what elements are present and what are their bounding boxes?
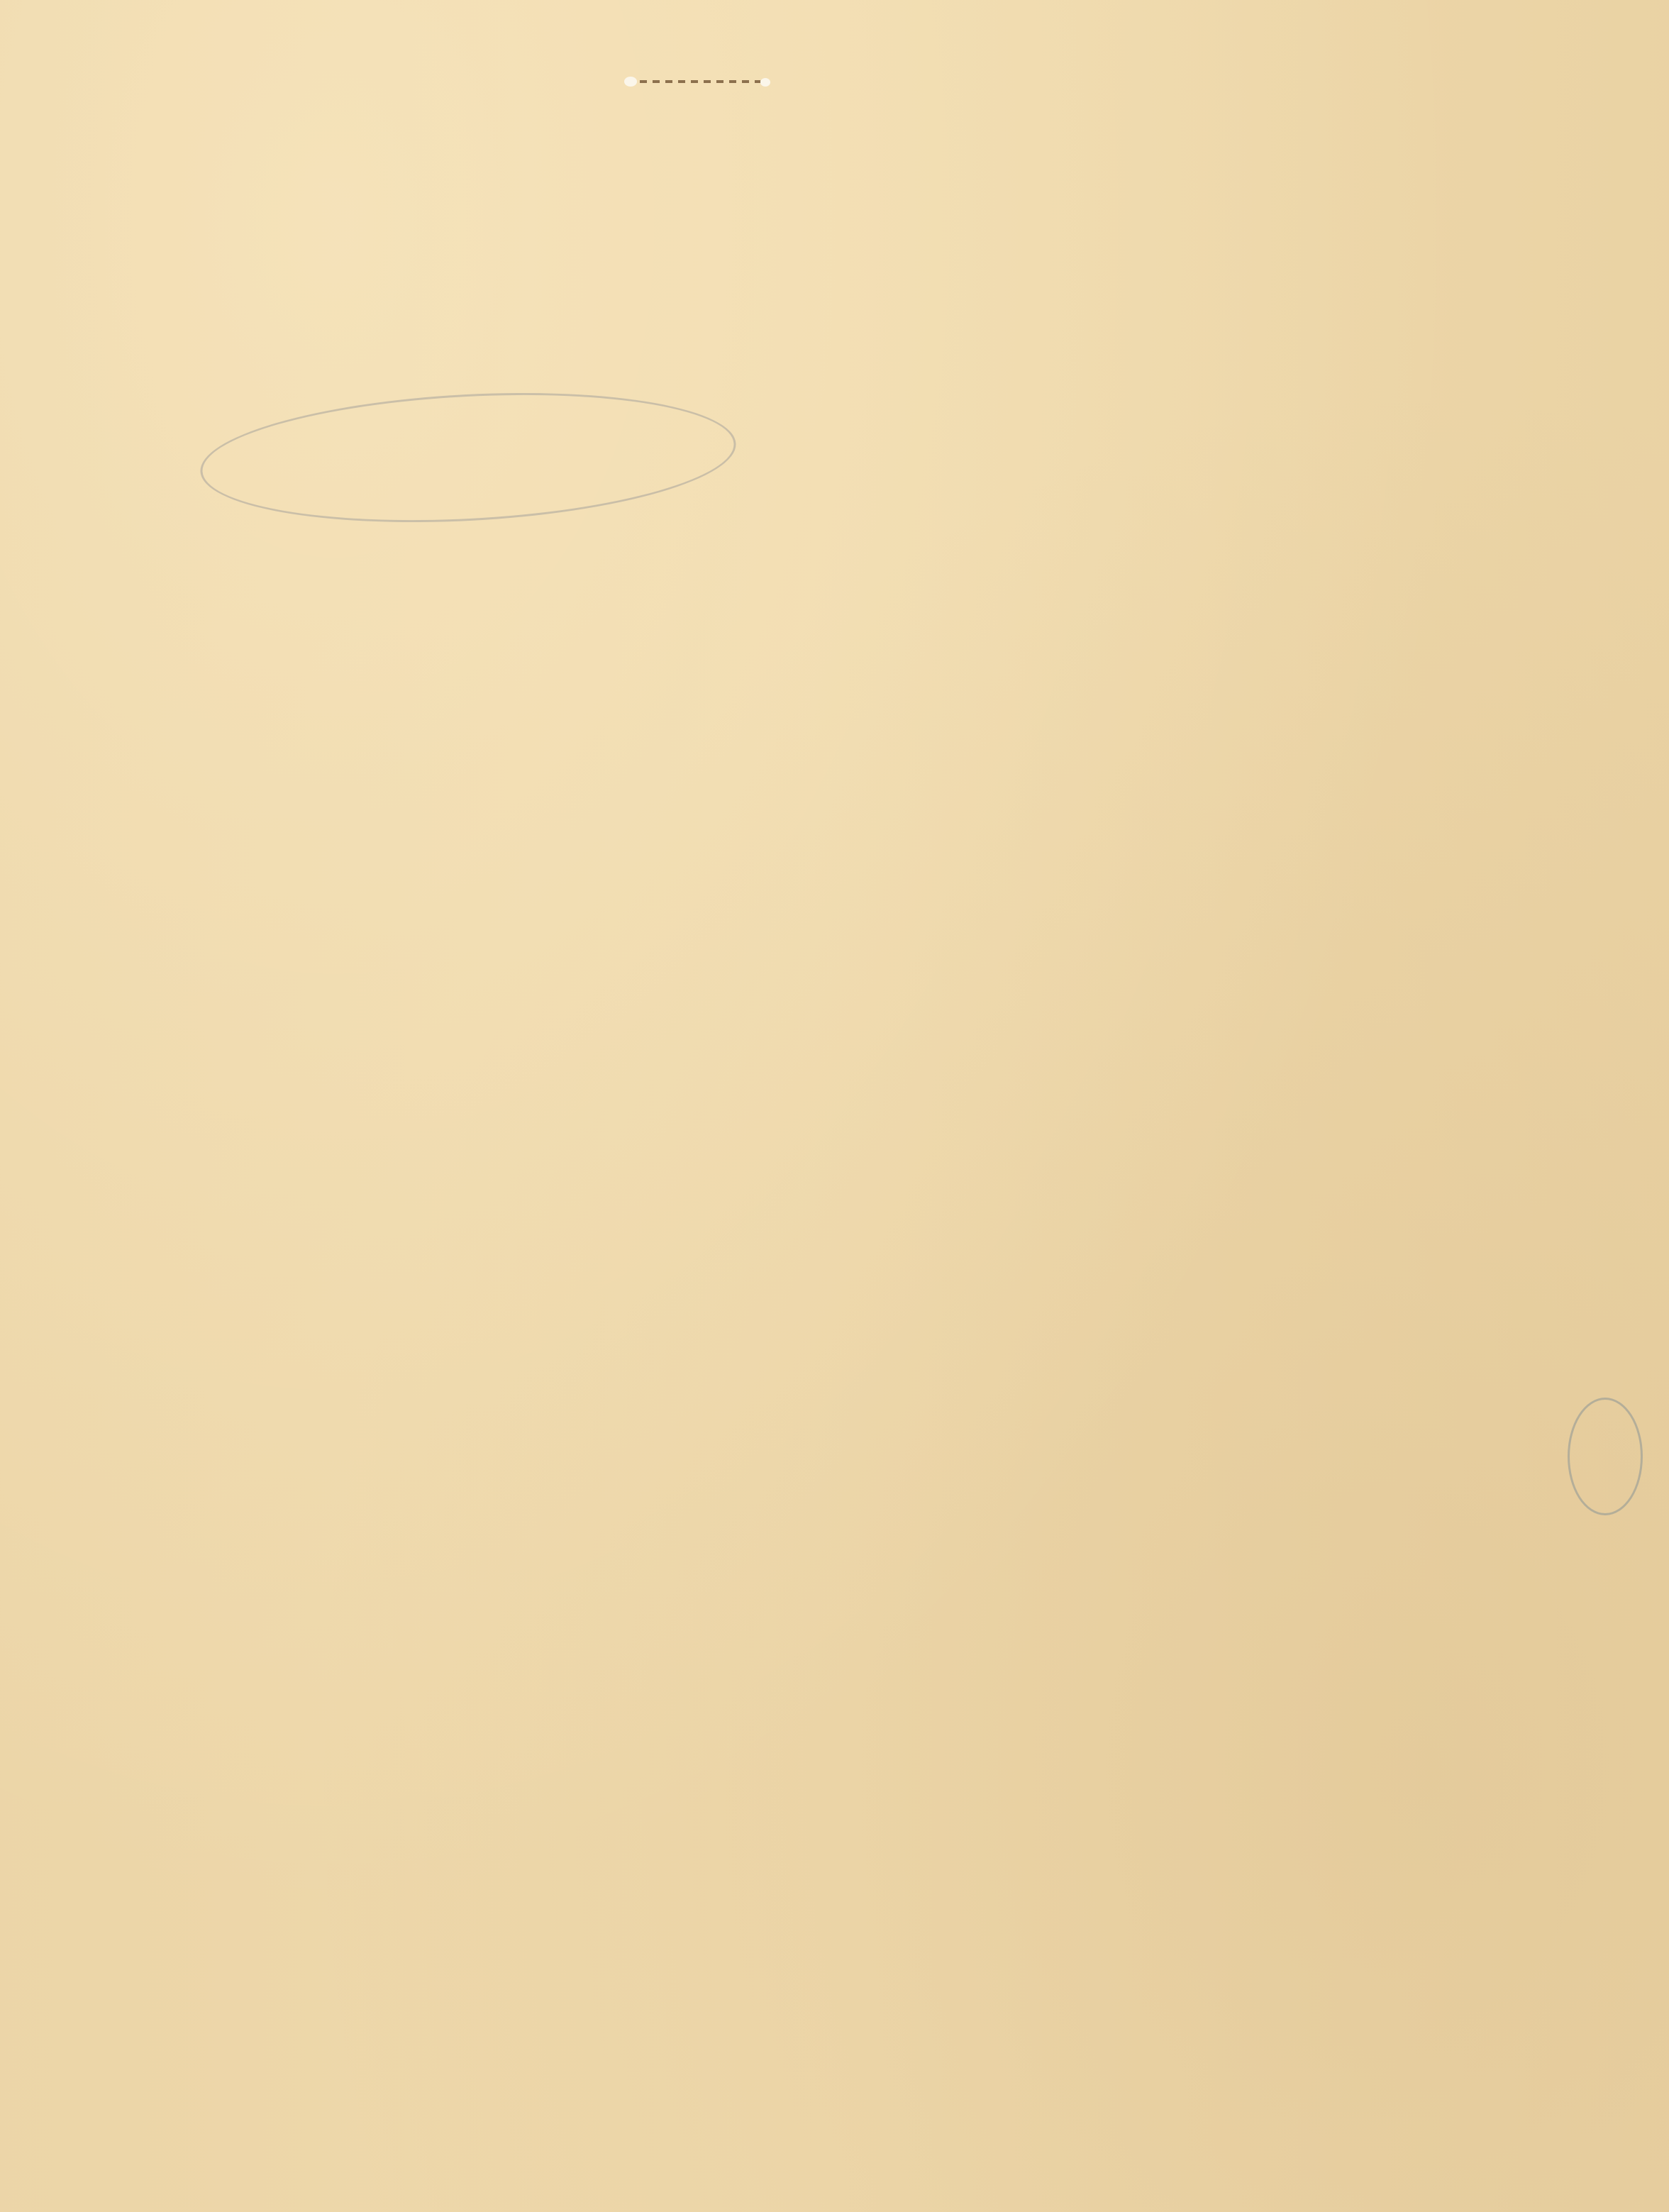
staple-hole [760,78,770,87]
paragraph-4 [226,1660,261,1816]
circled-margin-mark [1568,1398,1643,1515]
staple-mark [624,77,773,87]
staple-hole [624,77,637,87]
recipient-address [250,455,284,674]
paragraph-3 [223,990,265,2145]
rust-stain [640,80,760,83]
